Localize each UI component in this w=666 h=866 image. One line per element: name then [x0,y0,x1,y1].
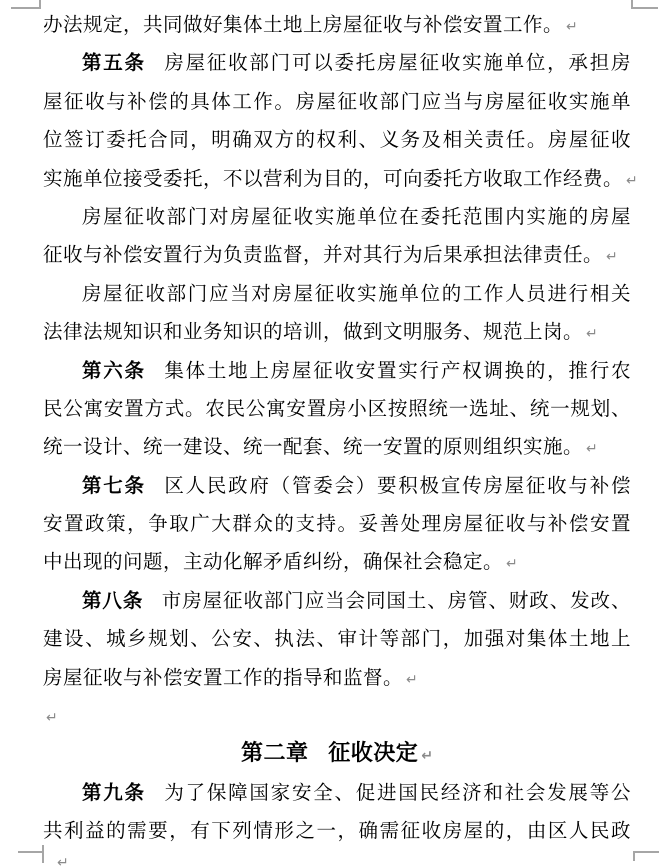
chapter-2-heading-line-1: 第二章征收决定↵ [43,735,631,773]
line-text: 法律法规知识和业务知识的培训，做到文明服务、规范上岗。 [43,320,583,343]
para-article-8-line-1: 第八条市房屋征收部门应当会同国土、房管、财政、发改、 [43,582,631,620]
para-article-9-line-2: 共利益的需要，有下列情形之一，确需征收房屋的，由区人民政 [43,812,631,850]
line-text: 建设、城乡规划、公安、执法、审计等部门，加强对集体土地上 [43,627,631,650]
para-article-5-supervision-line-2: 征收与补偿安置行为负责监督，并对其行为后果承担法律责任。↵ [43,236,631,274]
crop-mark-bottom-right-vertical [633,851,635,861]
para-article-5-training-line-2: 法律法规知识和业务知识的培训，做到文明服务、规范上岗。↵ [43,313,631,351]
paragraph-mark: ↵ [566,19,578,35]
article-number: 第五条 [82,51,146,74]
crop-mark-bottom-left-vertical [42,845,44,863]
crop-mark-bottom-left-horizontal [18,851,44,853]
para-article-8-line-3: 房屋征收与补偿安置工作的指导和监督。↵ [43,659,631,697]
paragraph-mark: ↵ [606,249,618,265]
crop-mark-top-left-vertical [39,0,41,9]
chapter-number: 第二章 [241,741,309,766]
document-page[interactable]: 办法规定，共同做好集体土地上房屋征收与补偿安置工作。↵第五条房屋征收部门可以委托… [0,0,666,866]
line-text: 共利益的需要，有下列情形之一，确需征收房屋的，由区人民政 [43,819,631,842]
paragraph-mark: ↵ [506,556,518,572]
article-number: 第六条 [82,359,146,382]
para-article-8-line-2: 建设、城乡规划、公安、执法、审计等部门，加强对集体土地上 [43,620,631,658]
line-text: 实施单位接受委托，不以营利为目的，可向委托方收取工作经费。 [43,167,623,190]
paragraph-mark: ↵ [586,441,598,457]
paragraph-mark: ↵ [626,173,638,189]
crop-mark-top-right-vertical [631,0,633,9]
para-article-6-line-2: 民公寓安置方式。农民公寓安置房小区按照统一选址、统一规划、 [43,390,631,428]
line-text: 征收决定 [328,741,418,766]
line-text: 房屋征收与补偿安置工作的指导和监督。 [43,666,403,689]
para-article-7-line-1: 第七条区人民政府（管委会）要积极宣传房屋征收与补偿 [43,467,631,505]
line-text: 屋征收与补偿的具体工作。房屋征收部门应当与房屋征收实施单 [43,90,631,113]
article-number: 第七条 [82,474,146,497]
line-text: 统一设计、统一建设、统一配套、统一安置的原则组织实施。 [43,435,583,458]
partial-paragraph-mark: ↵ [57,855,69,866]
para-article-7-line-3: 中出现的问题，主动化解矛盾纠纷，确保社会稳定。↵ [43,543,631,581]
para-article-7-line-2: 安置政策，争取广大群众的支持。妥善处理房屋征收与补偿安置 [43,505,631,543]
line-text: 中出现的问题，主动化解矛盾纠纷，确保社会稳定。 [43,550,503,573]
crop-mark-top-right-horizontal [631,7,658,9]
text-flow: 办法规定，共同做好集体土地上房屋征收与补偿安置工作。↵第五条房屋征收部门可以委托… [43,6,631,851]
paragraph-mark: ↵ [46,710,58,726]
paragraph-mark: ↵ [586,326,598,342]
para-article-6-line-3: 统一设计、统一建设、统一配套、统一安置的原则组织实施。↵ [43,428,631,466]
line-text: 办法规定，共同做好集体土地上房屋征收与补偿安置工作。 [43,13,563,36]
para-article-5-line-2: 屋征收与补偿的具体工作。房屋征收部门应当与房屋征收实施单 [43,83,631,121]
para-empty-line-1: ↵ [43,697,631,735]
para-article-5-line-1: 第五条房屋征收部门可以委托房屋征收实施单位，承担房 [43,44,631,82]
line-text: 房屋征收部门对房屋征收实施单位在委托范围内实施的房屋 [82,205,631,228]
crop-mark-top-left-horizontal [11,7,41,9]
line-text: 集体土地上房屋征收安置实行产权调换的，推行农 [164,359,631,382]
line-text: 为了保障国家安全、促进国民经济和社会发展等公 [164,781,631,804]
line-text: 安置政策，争取广大群众的支持。妥善处理房屋征收与补偿安置 [43,512,631,535]
article-number: 第九条 [82,781,146,804]
line-text: 民公寓安置方式。农民公寓安置房小区按照统一选址、统一规划、 [43,397,631,420]
para-article-5-supervision-line-1: 房屋征收部门对房屋征收实施单位在委托范围内实施的房屋 [43,198,631,236]
para-article-6-line-1: 第六条集体土地上房屋征收安置实行产权调换的，推行农 [43,352,631,390]
line-text: 征收与补偿安置行为负责监督，并对其行为后果承担法律责任。 [43,243,603,266]
line-text: 房屋征收部门可以委托房屋征收实施单位，承担房 [164,51,631,74]
para-article-9-line-1: 第九条为了保障国家安全、促进国民经济和社会发展等公 [43,774,631,812]
paragraph-mark: ↵ [406,672,418,688]
paragraph-mark: ↵ [421,748,433,764]
para-article-5-line-3: 位签订委托合同，明确双方的权利、义务及相关责任。房屋征收 [43,121,631,159]
line-text: 位签订委托合同，明确双方的权利、义务及相关责任。房屋征收 [43,128,631,151]
para-article-5-line-4: 实施单位接受委托，不以营利为目的，可向委托方收取工作经费。↵ [43,160,631,198]
line-text: 房屋征收部门应当对房屋征收实施单位的工作人员进行相关 [82,282,631,305]
article-number: 第八条 [82,589,143,612]
line-text: 区人民政府（管委会）要积极宣传房屋征收与补偿 [164,474,631,497]
para-article-5-training-line-1: 房屋征收部门应当对房屋征收实施单位的工作人员进行相关 [43,275,631,313]
line-text: 市房屋征收部门应当会同国土、房管、财政、发改、 [162,589,631,612]
para-continuation-line-1: 办法规定，共同做好集体土地上房屋征收与补偿安置工作。↵ [43,6,631,44]
crop-mark-bottom-right-horizontal [633,851,659,853]
